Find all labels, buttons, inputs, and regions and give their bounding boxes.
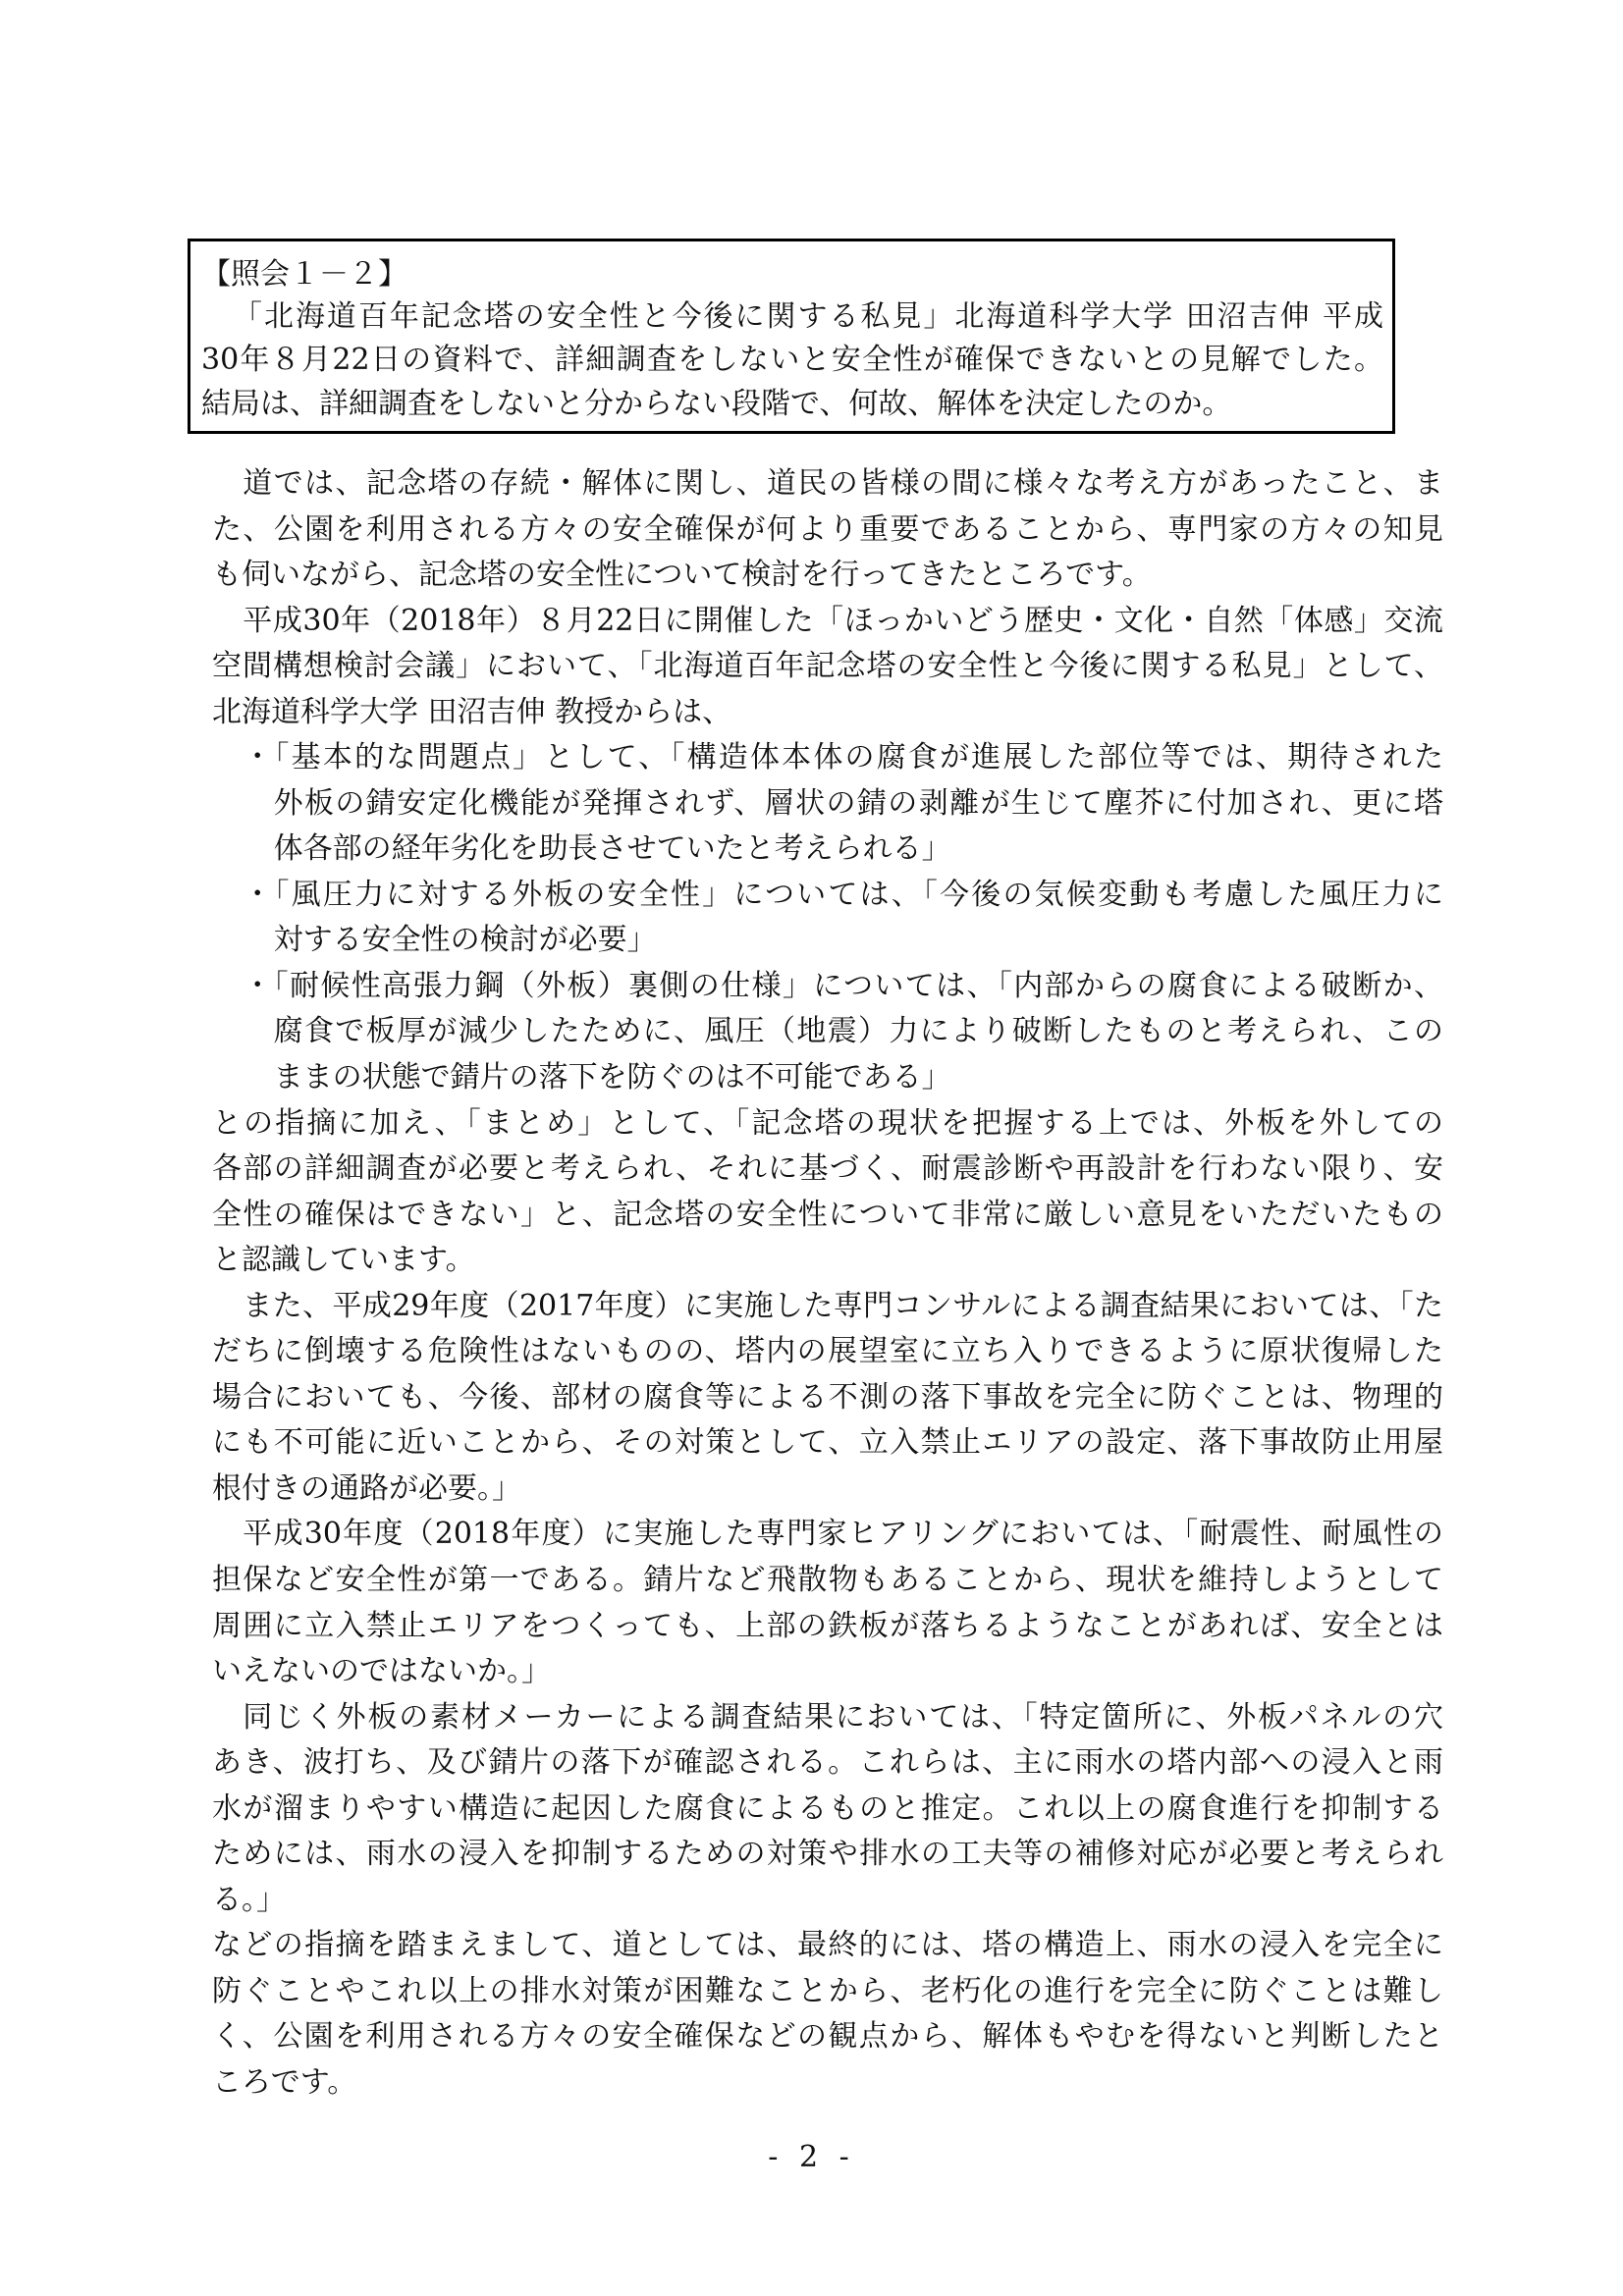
body-line: 対する安全性の検討が必要」 [274,921,1443,960]
body-line: る。」 [212,1881,1443,1920]
body-line: ・「耐候性高張力鋼（外板）裏側の仕様」については、「内部からの腐食による破断か、 [243,967,1443,1006]
body-line: 平成30年度（2018年度）に実施した専門家ヒアリングにおいては、「耐震性、耐風… [243,1515,1443,1554]
body-line: あき、波打ち、及び錆片の落下が確認される。これらは、主に雨水の塔内部への浸入と雨 [212,1743,1443,1783]
body-line: にも不可能に近いことから、その対策として、立入禁止エリアの設定、落下事故防止用屋 [212,1423,1443,1463]
body-line: 場合においても、今後、部材の腐食等による不測の落下事故を完全に防ぐことは、物理的 [212,1378,1443,1417]
body-line: との指摘に加え、「まとめ」として、「記念塔の現状を把握する上では、外板を外しての [212,1104,1443,1144]
body-line: 防ぐことやこれ以上の排水対策が困難なことから、老朽化の進行を完全に防ぐことは難し [212,1972,1443,2011]
body-line: だちに倒壊する危険性はないものの、塔内の展望室に立ち入りできるように原状復帰した [212,1332,1443,1371]
body-line: 担保など安全性が第一である。錆片など飛散物もあることから、現状を維持しようとして [212,1561,1443,1600]
inquiry-line: 30年８月22日の資料で、詳細調査をしないと安全性が確保できないとの見解でした。 [201,341,1383,380]
body-line: 北海道科学大学 田沼吉伸 教授からは、 [212,693,1443,732]
body-line: ・「基本的な問題点」として、「構造体本体の腐食が進展した部位等では、期待された [243,738,1443,777]
inquiry-heading: 【照会１－２】 [201,255,594,294]
body-line: 外板の錆安定化機能が発揮されず、層状の錆の剥離が生じて塵芥に付加され、更に塔 [274,784,1443,824]
body-line: 各部の詳細調査が必要と考えられ、それに基づく、耐震診断や再設計を行わない限り、安 [212,1149,1443,1189]
body-line: いえないのではないか。」 [212,1652,1443,1691]
body-line: 体各部の経年劣化を助長させていたと考えられる」 [274,829,1443,869]
body-line: く、公園を利用される方々の安全確保などの観点から、解体もやむを得ないと判断したと [212,2017,1443,2056]
body-line: ころです。 [212,2063,1443,2103]
body-line: 根付きの通路が必要。」 [212,1469,1443,1509]
body-line: ためには、雨水の浸入を抑制するための対策や排水の工夫等の補修対応が必要と考えられ [212,1835,1443,1874]
inquiry-line: 「北海道百年記念塔の安全性と今後に関する私見」北海道科学大学 田沼吉伸 平成 [233,297,1383,337]
body-line: 水が溜まりやすい構造に起因した腐食によるものと推定。これ以上の腐食進行を抑制する [212,1789,1443,1829]
body-line: 全性の確保はできない」と、記念塔の安全性について非常に厳しい意見をいただいたもの [212,1196,1443,1235]
body-line: も伺いながら、記念塔の安全性について検討を行ってきたところです。 [212,556,1443,595]
body-line: などの指摘を踏まえまして、道としては、最終的には、塔の構造上、雨水の浸入を完全に [212,1926,1443,1965]
inquiry-line: 結局は、詳細調査をしないと分からない段階で、何故、解体を決定したのか。 [201,385,1383,424]
body-line: 平成30年（2018年）８月22日に開催した「ほっかいどう歴史・文化・自然「体感… [243,602,1443,641]
body-line: ままの状態で錆片の落下を防ぐのは不可能である」 [274,1058,1443,1097]
body-line: 周囲に立入禁止エリアをつくっても、上部の鉄板が落ちるようなことがあれば、安全とは [212,1607,1443,1646]
body-line: また、平成29年度（2017年度）に実施した専門コンサルによる調査結果においては… [243,1287,1443,1326]
body-line: 空間構想検討会議」において、「北海道百年記念塔の安全性と今後に関する私見」として… [212,647,1443,686]
body-line: 道では、記念塔の存続・解体に関し、道民の皆様の間に様々な考え方があったこと、ま [243,464,1443,504]
body-line: ・「風圧力に対する外板の安全性」については、「今後の気候変動も考慮した風圧力に [243,876,1443,915]
body-line: 腐食で板厚が減少したために、風圧（地震）力により破断したものと考えられ、この [274,1012,1443,1051]
body-line: と認識しています。 [212,1241,1443,1280]
page-number: - 2 - [0,2138,1623,2177]
body-line: 同じく外板の素材メーカーによる調査結果においては、「特定箇所に、外板パネルの穴 [243,1698,1443,1737]
body-line: た、公園を利用される方々の安全確保が何より重要であることから、専門家の方々の知見 [212,510,1443,550]
